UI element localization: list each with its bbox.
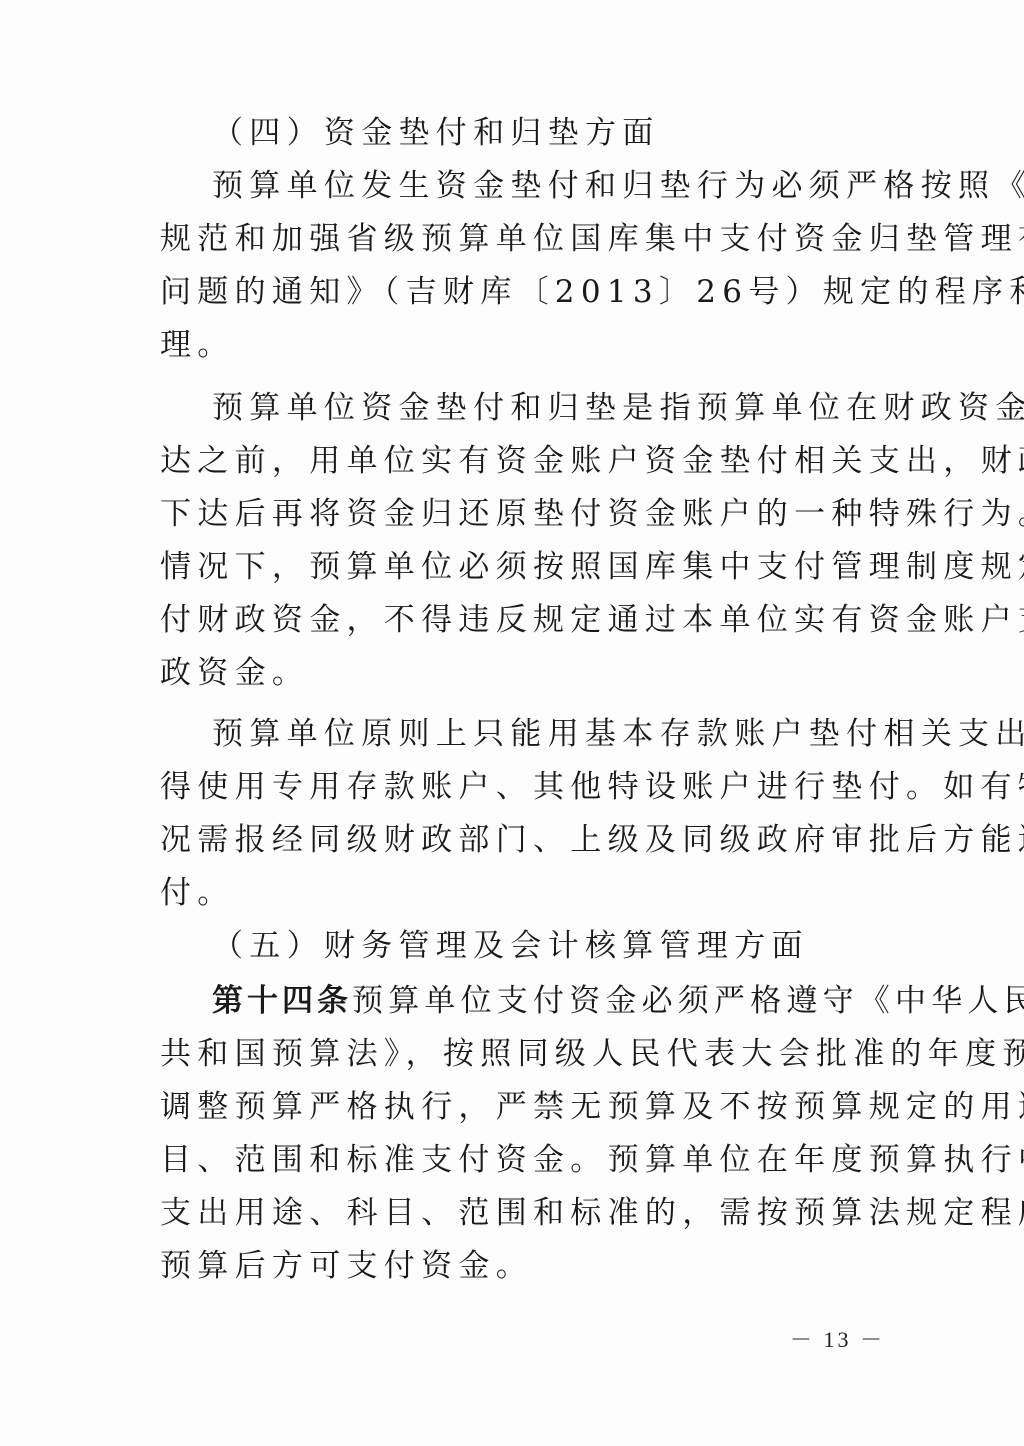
article-label: 第十四条 (212, 981, 352, 1021)
paragraph-3-line-4: 付。 (160, 873, 862, 913)
paragraph-3-line-3: 况需报经同级财政部门、上级及同级政府审批后方能进行垫 (160, 820, 862, 860)
article-14-first-line-text: 预算单位支付资金必须严格遵守《中华人民 (352, 981, 1024, 1021)
article-14-line-6: 预算后方可支付资金。 (160, 1246, 862, 1286)
paragraph-1-line-4: 理。 (160, 325, 862, 365)
section-heading-5: （五）财务管理及会计核算管理方面 (212, 926, 914, 966)
article-14-line-4: 目、范围和标准支付资金。预算单位在年度预算执行中改变 (160, 1140, 862, 1180)
paragraph-2-line-3: 下达后再将资金归还原垫付资金账户的一种特殊行为。一般 (160, 494, 862, 534)
article-14-line-3: 调整预算严格执行，严禁无预算及不按预算规定的用途、科 (160, 1087, 862, 1127)
section-heading-4: （四）资金垫付和归垫方面 (212, 113, 914, 153)
page-number: － 13 － (790, 1323, 885, 1354)
article-14-line-2: 共和国预算法》，按照同级人民代表大会批准的年度预算及 (160, 1034, 862, 1074)
document-page: （四）资金垫付和归垫方面 预算单位发生资金垫付和归垫行为必须严格按照《关于 规范… (0, 0, 1024, 1446)
paragraph-2-line-6: 政资金。 (160, 653, 862, 693)
paragraph-2-line-5: 付财政资金，不得违反规定通过本单位实有资金账户支付财 (160, 600, 862, 640)
paragraph-3-line-1: 预算单位原则上只能用基本存款账户垫付相关支出，不 (212, 714, 862, 754)
paragraph-2-line-1: 预算单位资金垫付和归垫是指预算单位在财政资金下 (212, 388, 862, 428)
article-14-line-5: 支出用途、科目、范围和标准的，需按预算法规定程序调整 (160, 1193, 862, 1233)
paragraph-1-line-3: 问题的通知》（吉财库〔2013〕26号）规定的程序和要求办 (160, 272, 862, 312)
paragraph-3-line-2: 得使用专用存款账户、其他特设账户进行垫付。如有特殊情 (160, 767, 862, 807)
paragraph-2-line-4: 情况下，预算单位必须按照国库集中支付管理制度规定，支 (160, 547, 862, 587)
paragraph-2-line-2: 达之前，用单位实有资金账户资金垫付相关支出，财政资金 (160, 441, 862, 481)
paragraph-1-line-2: 规范和加强省级预算单位国库集中支付资金归垫管理有关 (160, 219, 862, 259)
paragraph-1-line-1: 预算单位发生资金垫付和归垫行为必须严格按照《关于 (212, 166, 862, 206)
article-14-line-1: 第十四条 预算单位支付资金必须严格遵守《中华人民 (212, 981, 862, 1021)
